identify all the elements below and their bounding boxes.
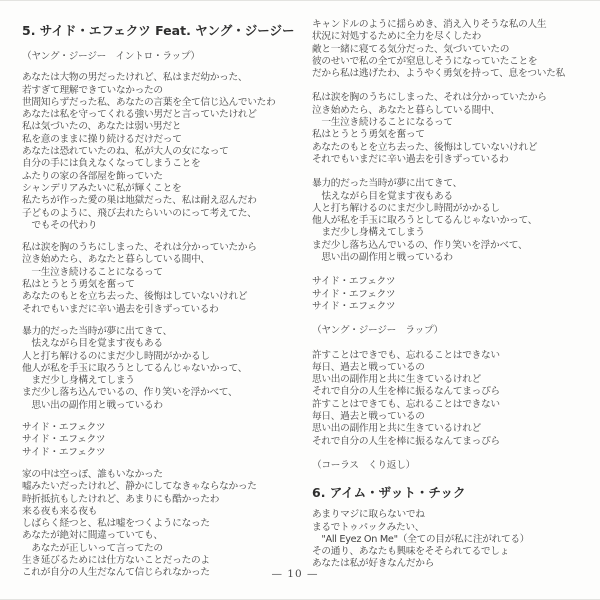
right-column: キャンドルのように揺らめき、消え入りそうな私の人生状況に対処するために全力を尽く…: [312, 0, 596, 583]
lyrics-verse: あまりマジに取らないでねまるでトゥパックみたい、 "All Eyez On Me…: [312, 509, 596, 570]
performer-part-label: （ヤング・ジージー イントロ・ラップ）: [22, 51, 306, 63]
lyric-line: 一生泣き続けることになるって: [312, 117, 596, 129]
lyric-line: 一生泣き続けることになるって: [22, 267, 306, 279]
lyric-line: 私を意のままに操り続けるだけだって: [22, 134, 306, 146]
lyric-line: サイド・エフェクツ: [312, 301, 596, 313]
lyric-line: 暴力的だった当時が夢に出てきて、: [22, 326, 306, 338]
lyric-line: 人と打ち解けるのにまだ少し時間がかかるし: [22, 351, 306, 363]
lyric-line: 許すことはできても、忘れることはできない: [312, 399, 596, 411]
left-column: 5. サイド・エフェクツ Feat. ヤング・ジージー（ヤング・ジージー イント…: [22, 0, 306, 590]
lyric-line: 若すぎて理解できていなかったの: [22, 85, 306, 97]
lyric-line: あなたは恐れていたのね、私が大人の女になって: [22, 146, 306, 158]
lyric-line: 彼のせいで私の全てが窒息しそうになっていたことを: [312, 56, 596, 68]
performer-part-label: （コーラス くり返し）: [312, 460, 596, 472]
lyric-line: 私たちが作った愛の巣は地獄だった、私は耐え忍んだわ: [22, 195, 306, 207]
lyrics-verse: 家の中は空っぽ、誰もいなかった嘘みたいだったけれど、静かにしてなきゃならなかった…: [22, 469, 306, 580]
lyric-line: キャンドルのように揺らめき、消え入りそうな私の人生: [312, 19, 596, 31]
lyrics-verse: サイド・エフェクツサイド・エフェクツサイド・エフェクツ: [312, 276, 596, 313]
lyrics-verse: あなたは大物の男だったけれど、私はまだ幼かった、若すぎて理解できていなかったの世…: [22, 72, 306, 232]
lyric-line: それで自分の人生を棒に振るなんてまっぴら: [312, 386, 596, 398]
lyric-line: あなたは大物の男だったけれど、私はまだ幼かった、: [22, 72, 306, 84]
lyric-line: 毎日、過去と戦っているの: [312, 411, 596, 423]
lyric-line: その通り、あなたも興味をそそられてるでしょ: [312, 546, 596, 558]
lyric-line: それでもいまだに辛い過去を引きずっているわ: [22, 304, 306, 316]
lyrics-verse: サイド・エフェクツサイド・エフェクツサイド・エフェクツ: [22, 422, 306, 459]
lyric-line: 思い出の副作用と戦っているわ: [22, 400, 306, 412]
lyric-line: それで自分の人生を棒に振るなんてまっぴら: [312, 436, 596, 448]
lyric-line: シャンデリアみたいに私が輝くことを: [22, 183, 306, 195]
lyric-line: まだ少し落ち込んでいるの、作り笑いを浮かべて、: [312, 240, 596, 252]
lyric-line: 世間知らずだった私、あなたの言葉を全て信じ込んでいたわ: [22, 97, 306, 109]
lyric-line: まだ少し身構えてしまう: [22, 375, 306, 387]
lyric-line: 毎日、過去と戦っているの: [312, 362, 596, 374]
lyric-line: 状況に対処するために全力を尽くしたわ: [312, 31, 596, 43]
lyric-line: 私はとうとう勇気を奮って: [312, 129, 596, 141]
lyric-line: 思い出の副作用と戦っているわ: [312, 252, 596, 264]
song-title-heading: 6. アイム・ザット・チック: [312, 484, 596, 501]
lyric-line: サイド・エフェクツ: [312, 289, 596, 301]
lyric-line: あまりマジに取らないでね: [312, 509, 596, 521]
lyric-line: 子どものように、飛び去れたらいいのにって考えてた、: [22, 208, 306, 220]
lyric-line: しばらく経つと、私は嘘をつくようになった: [22, 518, 306, 530]
lyric-line: 私は涙を胸のうちにしまった、それは分かっていたから: [312, 92, 596, 104]
lyric-line: 家の中は空っぽ、誰もいなかった: [22, 469, 306, 481]
lyric-line: あなたが絶対に間違っていても、: [22, 530, 306, 542]
lyric-line: 他人が私を手玉に取ろうとしてるんじゃないかって、: [312, 215, 596, 227]
lyric-line: 泣き始めたら、あなたと暮らしている間中、: [312, 105, 596, 117]
lyric-line: あなたが正しいって言ってたの: [22, 543, 306, 555]
lyric-line: 時折抵抗もしたけれど、あまりにも酷かったわ: [22, 494, 306, 506]
lyric-line: サイド・エフェクツ: [22, 434, 306, 446]
song-title-heading: 5. サイド・エフェクツ Feat. ヤング・ジージー: [22, 22, 306, 39]
lyric-line: 許すことはできでも、忘れることはできない: [312, 350, 596, 362]
lyrics-verse: 暴力的だった当時が夢に出てきて、 怯えながら目を覚ます夜もある人と打ち解けるのに…: [312, 178, 596, 264]
lyrics-booklet-page: 5. サイド・エフェクツ Feat. ヤング・ジージー（ヤング・ジージー イント…: [0, 0, 600, 600]
lyric-line: あなたのもとを立ち去った、後悔はしていないけれど: [22, 291, 306, 303]
lyrics-verse: 私は涙を胸のうちにしまった、それは分かっていたから泣き始めたら、あなたと暮らして…: [22, 242, 306, 316]
lyric-line: 他人が私を手玉に取ろうとしてるんじゃないかって、: [22, 363, 306, 375]
lyrics-verse: キャンドルのように揺らめき、消え入りそうな私の人生状況に対処するために全力を尽く…: [312, 19, 596, 80]
lyric-line: あなたのもとを立ち去った、後悔はしていないけれど: [312, 142, 596, 154]
lyric-line: 自分の手には負えなくなってしまうことを: [22, 158, 306, 170]
lyric-line: でもその代わり: [22, 220, 306, 232]
lyric-line: サイド・エフェクツ: [312, 276, 596, 288]
lyric-line: サイド・エフェクツ: [22, 447, 306, 459]
performer-part-label: （ヤング・ジージー ラップ）: [312, 325, 596, 337]
lyric-line: まるでトゥパックみたい、: [312, 522, 596, 534]
lyric-line: だから私は逃げたわ、ようやく勇気を持って、息をついた私: [312, 68, 596, 80]
lyric-line: 私はとうとう勇気を奮って: [22, 279, 306, 291]
page-number: — 10 —: [0, 568, 590, 580]
lyric-line: 嘘みたいだったけれど、静かにしてなきゃならなかった: [22, 481, 306, 493]
lyric-line: 泣き始めたら、あなたと暮らしている間中、: [22, 254, 306, 266]
lyric-line: 来る夜も来る夜も: [22, 506, 306, 518]
lyric-line: サイド・エフェクツ: [22, 422, 306, 434]
lyric-line: 怯えながら目を覚ます夜もある: [312, 191, 596, 203]
lyric-line: 思い出の副作用と共に生きているけれど: [312, 423, 596, 435]
lyric-line: 私は気づいたの、あなたは弱い男だと: [22, 121, 306, 133]
lyric-line: "All Eyez On Me"（全ての目が私に注がれてる）: [312, 534, 596, 546]
lyric-line: 怯えながら目を覚ます夜もある: [22, 338, 306, 350]
lyrics-verse: 暴力的だった当時が夢に出てきて、 怯えながら目を覚ます夜もある人と打ち解けるのに…: [22, 326, 306, 412]
lyric-line: ふたりの家の各部屋を飾っていた: [22, 171, 306, 183]
lyric-line: それでもいまだに辛い過去を引きずっているわ: [312, 154, 596, 166]
lyric-line: 暴力的だった当時が夢に出てきて、: [312, 178, 596, 190]
lyrics-verse: 私は涙を胸のうちにしまった、それは分かっていたから泣き始めたら、あなたと暮らして…: [312, 92, 596, 166]
lyric-line: 思い出の副作用と共に生きているけれど: [312, 374, 596, 386]
lyric-line: 人と打ち解けるのにまだ少し時間がかかるし: [312, 203, 596, 215]
lyric-line: まだ少し身構えてしまう: [312, 227, 596, 239]
lyric-line: あなたは私を守ってくれる強い男だと言っていたけれど: [22, 109, 306, 121]
lyric-line: 私は涙を胸のうちにしまった、それは分かっていたから: [22, 242, 306, 254]
lyric-line: まだ少し落ち込んでいるの、作り笑いを浮かべて、: [22, 387, 306, 399]
lyric-line: 生き延びるためには仕方ないことだったのよ: [22, 555, 306, 567]
lyric-line: 敵と一緒に寝てる気分だった、気づいていたの: [312, 44, 596, 56]
lyrics-verse: 許すことはできでも、忘れることはできない毎日、過去と戦っているの思い出の副作用と…: [312, 350, 596, 448]
